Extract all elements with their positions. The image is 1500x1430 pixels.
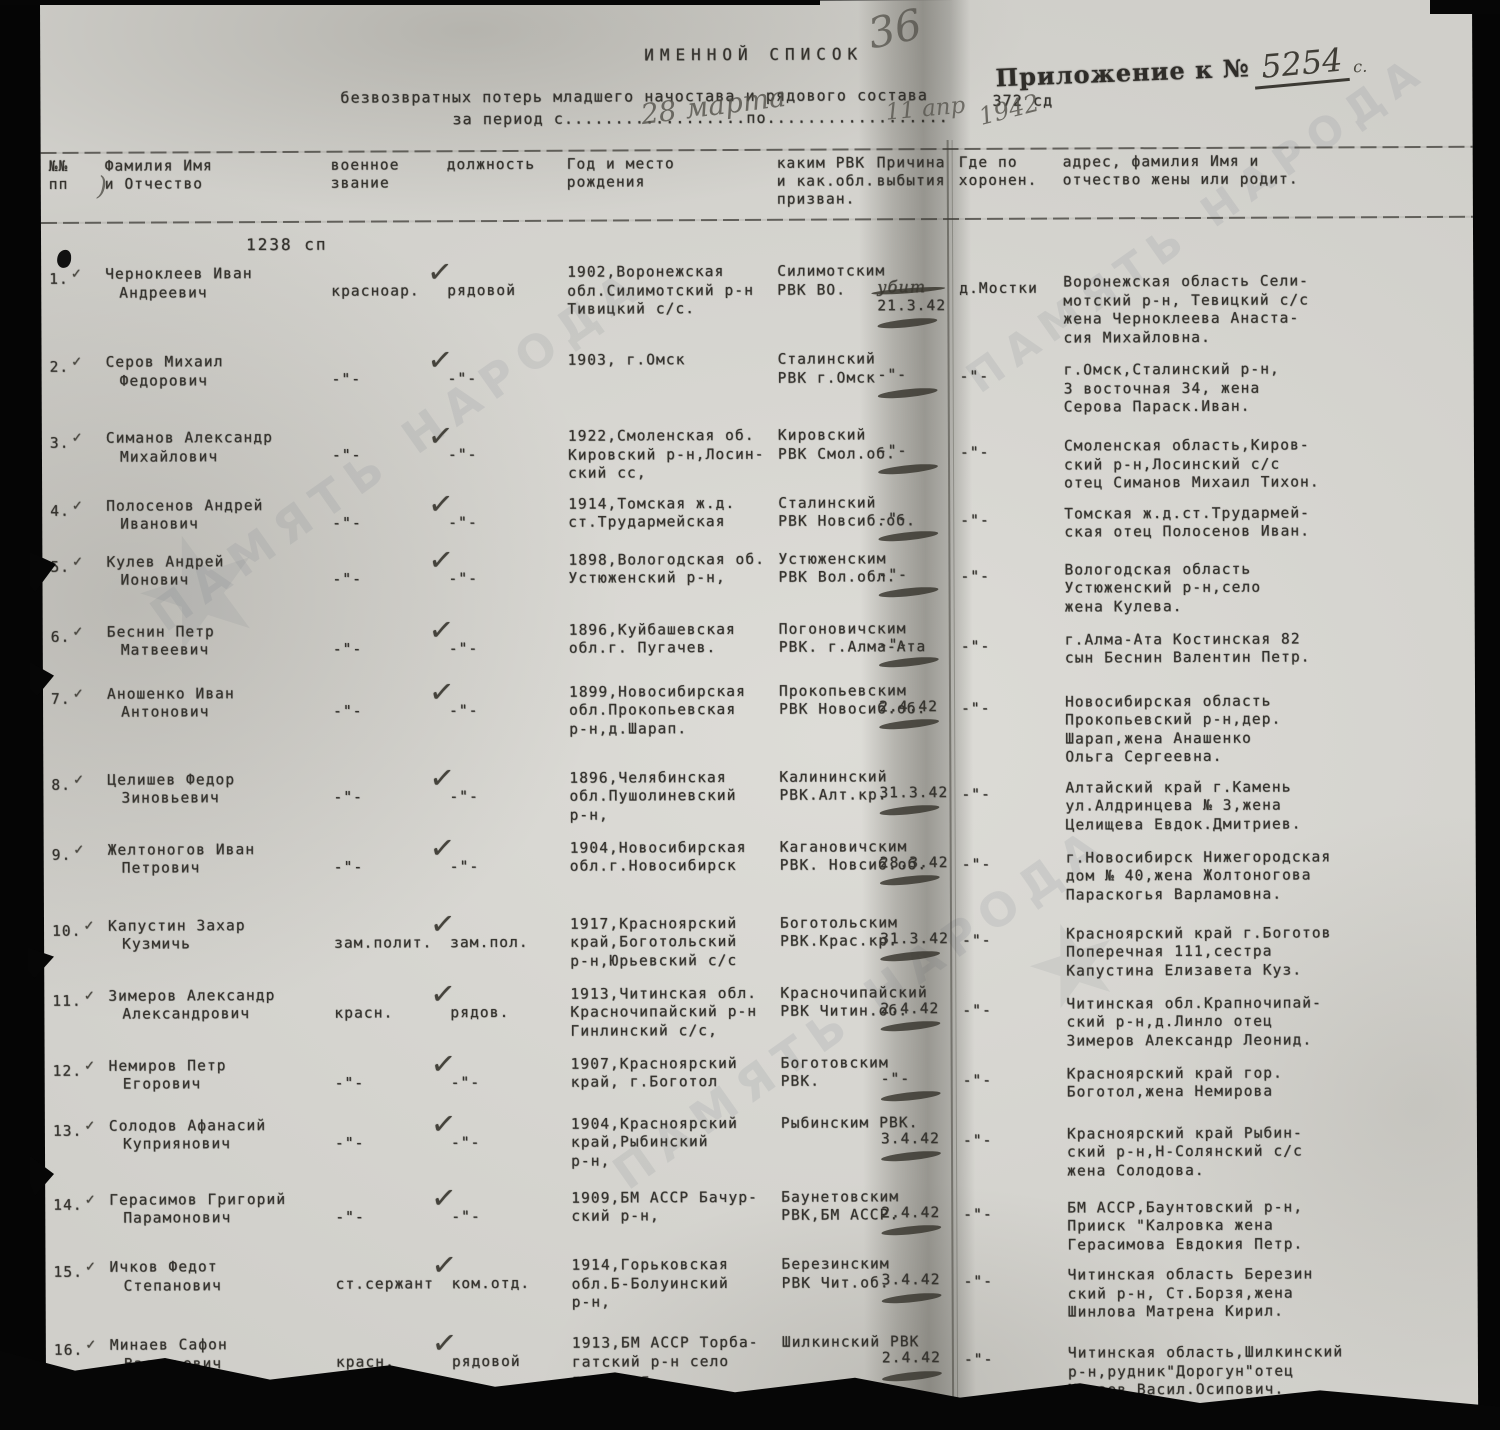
birth-line: ский р-н, xyxy=(571,1207,781,1226)
position-cell: ✓-"- xyxy=(448,551,568,622)
column-header-address: адрес, фамилия Имя иотчество жены или ро… xyxy=(1063,152,1469,208)
cause-cell: -"- xyxy=(878,350,960,426)
address-line: Шарап,жена Анашенко xyxy=(1065,728,1471,748)
birth-cell: 1913,Читинская обл.Красночипайский р-нГи… xyxy=(570,984,780,1055)
row-number: 7.✓ xyxy=(51,685,107,771)
address-cell: Красноярский край г.БоготовПоперечная 11… xyxy=(1066,911,1472,983)
position-cell: ✓зам.пол. xyxy=(450,915,570,986)
document-page: ПАМЯТЬ НАРОДА ПАМЯТЬ НАРОДА ПАМЯТЬ НАРОД… xyxy=(40,0,1478,1424)
position-text: зам.пол. xyxy=(450,934,529,950)
pencil-mark xyxy=(878,585,938,598)
checkmark-icon: ✓ xyxy=(426,263,454,284)
position-cell: ✓-"- xyxy=(451,1055,571,1116)
row-check-icon: ✓ xyxy=(85,1192,97,1207)
annex-stamp: Приложение к № 5254 с. xyxy=(995,42,1368,98)
name-cell: Капустин ЗахарКузмичь xyxy=(108,916,334,987)
cause-cell: -"- xyxy=(878,549,960,619)
row-number: 13.✓ xyxy=(53,1117,109,1191)
name-cell: Полосенов АндрейИванович xyxy=(106,496,332,553)
table-row: 13.✓ Солодов АфанасийКуприянович -"- ✓-"… xyxy=(53,1111,1473,1191)
table-row: 2.✓ Серов МихаилФедорович -"- ✓-"- 1903,… xyxy=(50,348,1470,430)
column-header-position: должность xyxy=(447,156,567,211)
cause-text: -"- xyxy=(878,509,960,528)
birth-cell: 1903, г.Омск xyxy=(568,351,778,428)
rvk-cell: КрасночипайскийРВК Читин.об. xyxy=(780,984,880,1054)
row-number-text: 13. xyxy=(53,1123,83,1139)
row-number-text: 6. xyxy=(51,629,71,645)
birth-line: обл.Прокопьевская xyxy=(569,701,779,720)
column-header-line: Год и место xyxy=(567,155,777,174)
address-line: жена Черноклеева Анаста- xyxy=(1063,309,1469,329)
rvk-cell: БаунетовскимРВК,БМ АССР. xyxy=(781,1188,881,1256)
burial-cell: -"- xyxy=(963,1053,1067,1113)
birth-line: р-н, xyxy=(571,1151,781,1170)
row-number: 14.✓ xyxy=(53,1191,109,1259)
birth-line: Кировский р-н,Лосин- xyxy=(568,445,778,464)
burial-cell: -"- xyxy=(961,619,1065,681)
row-check-icon: ✓ xyxy=(72,554,84,569)
row-number: 12.✓ xyxy=(53,1057,109,1117)
row-number-text: 15. xyxy=(54,1265,84,1281)
rvk-cell: СилимотскимРВК ВО. xyxy=(777,262,877,350)
pencil-mark xyxy=(877,386,937,399)
address-line: мотский р-н, Тевицкий с/с xyxy=(1063,290,1469,310)
birth-cell: 1898,Вологодская об.Устюженский р-н, xyxy=(568,550,778,621)
name-cell: Солодов АфанасийКуприянович xyxy=(109,1116,335,1191)
name-cell: Ичков ФедотСтепанович xyxy=(109,1258,335,1337)
cause-cell: 28.3.42 xyxy=(880,837,962,913)
burial-cell: -"- xyxy=(960,549,1064,619)
table-row: 12.✓ Немиров ПетрЕгорович -"- ✓-"- 1907,… xyxy=(53,1051,1473,1117)
checkmark-icon: ✓ xyxy=(431,1256,459,1277)
scan-edge-top xyxy=(0,0,820,5)
column-header-line: звание xyxy=(331,174,447,193)
name-line: Кузмичь xyxy=(122,935,334,954)
birth-line: 1899,Новосибирская xyxy=(569,682,779,701)
document-title: ИМЕННОЙ СПИСОК xyxy=(644,44,863,64)
row-number-text: 1. xyxy=(49,272,69,288)
name-line: Федорович xyxy=(120,371,332,390)
row-check-icon: ✓ xyxy=(73,842,85,857)
row-number-text: 9. xyxy=(52,847,72,863)
birth-cell: 1914,Горьковскаяобл.Б-Болуинскийр-н, xyxy=(571,1256,781,1335)
birth-line: обл.Силимотский р-н xyxy=(567,281,777,300)
table-rule-bottom xyxy=(41,216,1473,224)
birth-line: Гинлинский с/с, xyxy=(570,1021,780,1040)
name-line: Александрович xyxy=(122,1005,334,1024)
rvk-line: Сталинский xyxy=(778,494,878,513)
address-line: Читинская область,Шилкинский xyxy=(1068,1343,1474,1363)
rvk-line: РВК Смол.об. xyxy=(778,445,878,464)
table-row: 6.✓ Беснин ПетрМатвеевич -"- ✓-"- 1896,К… xyxy=(51,617,1471,685)
birth-line: р-н, xyxy=(572,1293,782,1312)
row-number: 8.✓ xyxy=(51,771,107,841)
rvk-cell: Рыбинским РВК. xyxy=(781,1114,881,1188)
name-line: Антонович xyxy=(121,703,333,722)
position-cell: ✓-"- xyxy=(450,839,570,916)
table-row: 5.✓ Кулев АндрейИонович -"- ✓-"- 1898,Во… xyxy=(50,547,1470,623)
cause-text: 31.3.42 xyxy=(880,929,962,948)
checkmark-icon: ✓ xyxy=(430,1114,458,1135)
birth-line: 1914,Томская ж.д. xyxy=(568,494,778,513)
birth-line: ский сс, xyxy=(568,464,778,483)
address-line: дом № 40,жена Жолтоногова xyxy=(1066,866,1472,886)
rvk-line: Кировский xyxy=(778,426,878,445)
address-line: г.Алма-Ата Костинская 82 xyxy=(1065,629,1471,649)
birth-line: Устюженский р-н, xyxy=(568,569,778,588)
birth-line: р-н,д.Шарап. xyxy=(569,719,779,738)
burial-cell: д.Мостки xyxy=(959,262,1063,350)
name-line: Степанович xyxy=(124,1276,336,1295)
cause-text: 3.4.42 xyxy=(882,1271,964,1290)
cause-cell: -"- xyxy=(879,619,961,681)
row-number-text: 2. xyxy=(50,360,70,376)
birth-line: 1904,Новосибирская xyxy=(570,838,780,857)
birth-line: обл.г. Пугачев. xyxy=(569,639,779,658)
column-header-line: адрес, фамилия Имя и xyxy=(1063,152,1469,172)
position-cell: ✓-"- xyxy=(449,621,569,684)
column-header-line: Причина xyxy=(877,154,959,172)
row-number-text: 7. xyxy=(51,691,71,707)
row-number: 1.✓ xyxy=(49,266,105,354)
address-line: жена Солодова. xyxy=(1067,1160,1473,1180)
checkmark-icon: ✓ xyxy=(430,1188,458,1209)
address-cell: Читинская область Березинский р-н, Ст.Бо… xyxy=(1067,1253,1473,1333)
row-number-text: 3. xyxy=(50,436,70,452)
address-line: Читинская обл.Крапночипай- xyxy=(1066,993,1472,1013)
burial-cell: -"- xyxy=(962,983,1066,1053)
position-cell: ✓-"- xyxy=(451,1115,571,1190)
table-row: 10.✓ Капустин ЗахарКузмичь зам.полит. ✓з… xyxy=(52,911,1472,987)
cause-cell: 3.4.42 xyxy=(881,1113,963,1187)
pencil-mark xyxy=(880,1019,940,1032)
column-header-line: военное xyxy=(331,156,447,175)
pencil-mark xyxy=(878,462,938,475)
name-cell: Серов МихаилФедорович xyxy=(106,353,332,430)
cause-cell: 2.4.42 xyxy=(880,983,962,1053)
birth-line: Тивицкий с/с. xyxy=(567,300,777,319)
position-cell: ✓-"- xyxy=(451,1189,571,1257)
address-cell: Красноярский край Рыбин-ский р-н,Н-Солян… xyxy=(1067,1111,1473,1187)
row-check-icon: ✓ xyxy=(72,624,84,639)
rvk-line: РВК Новосиб.об. xyxy=(779,700,879,719)
row-check-icon: ✓ xyxy=(84,1058,96,1073)
rvk-cell: ПогоновичскимРВК. г.Алма-Ата xyxy=(779,620,879,682)
rvk-line: РВК. xyxy=(781,1072,881,1091)
cause-text: 31.3.42 xyxy=(879,783,961,802)
rvk-cell: БерезинскимРВК Чит.об. xyxy=(781,1255,881,1333)
column-header-line: отчество жены или родит. xyxy=(1063,170,1469,190)
rvk-line: РВК Читин.об. xyxy=(780,1002,880,1021)
birth-line: 1896,Куйбашевская xyxy=(569,620,779,639)
address-line: БМ АССР,Баунтовский р-н, xyxy=(1067,1197,1473,1217)
table-body: 1.✓ Черноклеев ИванАндреевич красноар. ✓… xyxy=(49,260,1474,1423)
name-cell: Черноклеев ИванАндреевич xyxy=(105,265,331,354)
address-line: 3 восточная 34, жена xyxy=(1064,378,1470,398)
address-line: р-н,рудник"Дорогун"отец xyxy=(1068,1361,1474,1381)
rvk-line: РВК Новсиб.об. xyxy=(778,512,878,531)
column-header-cause: Причинавыбытия xyxy=(877,154,959,208)
address-line: Устюженский р-н,село xyxy=(1065,578,1471,598)
row-check-icon: ✓ xyxy=(85,1338,97,1353)
burial-cell: -"- xyxy=(960,426,1064,494)
name-line: Андреевич xyxy=(119,283,331,302)
row-check-icon: ✓ xyxy=(84,988,96,1003)
checkmark-icon: ✓ xyxy=(431,1334,459,1355)
pencil-mark xyxy=(880,949,940,962)
cause-cell: 2.4.42 xyxy=(879,681,961,767)
pencil-mark xyxy=(879,803,939,816)
handwritten-paren: ) xyxy=(97,172,107,202)
birth-line: край,Рыбинский xyxy=(571,1133,781,1152)
birth-line: 1907,Красноярский xyxy=(571,1054,781,1073)
name-cell: Кулев АндрейИонович xyxy=(106,552,332,623)
birth-line: 1896,Челябинская xyxy=(569,768,779,787)
name-cell: Герасимов ГригорийПарамонович xyxy=(109,1190,335,1258)
birth-line: ст.Трудармейская xyxy=(568,513,778,532)
address-line: Вологодская область xyxy=(1064,559,1470,579)
cause-cell: -"- xyxy=(878,493,960,549)
checkmark-icon: ✓ xyxy=(427,494,455,515)
birth-cell: 1907,Красноярскийкрай, г.Боготол xyxy=(571,1054,781,1115)
table-header-row: №№пп Фамилия Имяи Отчество военноезвание… xyxy=(49,152,1469,212)
rvk-cell: КагановичскимРВК. Новсиб.об. xyxy=(780,838,880,914)
row-check-icon: ✓ xyxy=(71,267,83,282)
address-line: Герасимова Евдокия Петр. xyxy=(1067,1234,1473,1254)
row-check-icon: ✓ xyxy=(83,918,95,933)
table-row: 15.✓ Ичков ФедотСтепанович ст.сержант ✓к… xyxy=(53,1253,1473,1337)
address-line: ский р-н, Ст.Борзя,жена xyxy=(1068,1283,1474,1303)
row-number-text: 10. xyxy=(52,923,82,939)
checkmark-icon: ✓ xyxy=(429,768,457,789)
name-line: Беснин Петр xyxy=(107,622,333,641)
checkmark-icon: ✓ xyxy=(429,984,457,1005)
address-line: ский р-н,Лосинский с/с xyxy=(1064,454,1470,474)
birth-line: р-н,Юрьевский с/с xyxy=(570,951,780,970)
annex-number-handwritten: 5254 xyxy=(1252,40,1351,90)
name-cell: Аношенко ИванАнтонович xyxy=(107,684,333,771)
cause-text: 2.4.42 xyxy=(879,697,961,716)
name-line: Целишев Федор xyxy=(107,770,333,789)
birth-line: обл.Б-Болуинский xyxy=(572,1274,782,1293)
position-cell: ✓-"- xyxy=(448,352,568,429)
name-line: Симанов Александр xyxy=(106,429,332,448)
address-line: жена Кулева. xyxy=(1065,596,1471,616)
name-line: Серов Михаил xyxy=(106,353,332,372)
cause-text: 3.4.42 xyxy=(881,1129,963,1148)
rvk-cell: СталинскийРВК г.Омск xyxy=(778,350,878,426)
row-number: 3.✓ xyxy=(50,430,106,498)
address-line: Ольга Сергеевна. xyxy=(1065,747,1471,767)
address-cell: БМ АССР,Баунтовский р-н,Прииск "Калровка… xyxy=(1067,1185,1473,1254)
name-line: Немиров Петр xyxy=(109,1056,335,1075)
birth-line: гатский р-н село xyxy=(572,1352,782,1371)
cause-text: 21.3.42 xyxy=(877,296,959,315)
pencil-mark xyxy=(878,529,938,542)
cause-cell: -"- xyxy=(878,426,960,494)
birth-cell: 1896,Челябинскаяобл.Пушолиневскийр-н, xyxy=(569,768,779,839)
address-line: Томская ж.д.ст.Трудармей- xyxy=(1064,503,1470,523)
rvk-cell: СталинскийРВК Новсиб.об. xyxy=(778,494,878,550)
rvk-line: Кагановичским xyxy=(780,838,880,857)
checkmark-icon: ✓ xyxy=(429,838,457,859)
burial-cell: -"- xyxy=(963,1187,1067,1255)
address-line: Читинская область Березин xyxy=(1068,1265,1474,1285)
name-line: Солодов Афанасий xyxy=(109,1116,335,1135)
rvk-line: РВК.Алт.кр. xyxy=(779,786,879,805)
column-header-line: Фамилия Имя xyxy=(105,157,331,176)
annex-label: Приложение к № xyxy=(995,53,1250,92)
address-line: Воронежская область Сели- xyxy=(1063,272,1469,292)
address-line: Капустина Елизавета Куз. xyxy=(1066,960,1472,980)
column-header-line: должность xyxy=(447,156,567,175)
address-cell: Смоленская область,Киров-ский р-н,Лосинс… xyxy=(1064,424,1470,493)
row-number-text: 16. xyxy=(54,1343,84,1359)
position-text: ком.отд. xyxy=(452,1276,531,1292)
row-number: 10.✓ xyxy=(52,917,108,987)
birth-line: 1914,Горьковская xyxy=(571,1256,781,1275)
birth-cell: 1914,Томская ж.д.ст.Трудармейская xyxy=(568,494,778,551)
rvk-cell: УстюженскимРВК Вол.обл. xyxy=(778,550,878,620)
birth-cell: 1922,Смоленская об.Кировский р-н,Лосин-с… xyxy=(568,427,778,495)
pencil-mark xyxy=(881,1223,941,1236)
name-line: Зимеров Александр xyxy=(108,986,334,1005)
address-line: сия Михайловна. xyxy=(1063,327,1469,347)
table-row: 11.✓ Зимеров АлександрАлександрович крас… xyxy=(52,981,1472,1057)
row-number: 15.✓ xyxy=(53,1259,109,1337)
address-line: Новосибирская область xyxy=(1065,691,1471,711)
pencil-mark xyxy=(881,1089,941,1102)
row-number: 4.✓ xyxy=(50,497,106,553)
address-line: ская отец Полосенов Иван. xyxy=(1064,522,1470,542)
rvk-line: Шилкинский РВК xyxy=(782,1333,882,1352)
name-line: Ичков Федот xyxy=(109,1258,335,1277)
birth-line: 1922,Смоленская об. xyxy=(568,427,778,446)
name-line: Михайлович xyxy=(120,447,332,466)
rvk-line: Прокопьевским xyxy=(779,682,879,701)
burial-cell: -"- xyxy=(960,493,1064,549)
birth-cell: 1896,Куйбашевскаяобл.г. Пугачев. xyxy=(569,620,779,683)
birth-line: 1898,Вологодская об. xyxy=(568,550,778,569)
row-check-icon: ✓ xyxy=(73,686,85,701)
annex-suffix: с. xyxy=(1353,57,1368,77)
address-line: Красноярский край Рыбин- xyxy=(1067,1123,1473,1143)
row-number: 2.✓ xyxy=(50,354,106,430)
cause-text: -"- xyxy=(878,565,960,584)
checkmark-icon: ✓ xyxy=(428,620,456,641)
name-cell: Зимеров АлександрАлександрович xyxy=(108,986,334,1057)
column-header-line: и Отчество xyxy=(105,175,331,194)
table-row: 8.✓ Целишев ФедорЗиновьевич -"- ✓-"- 189… xyxy=(51,765,1471,841)
address-cell: г.Новосибирск Нижегородскаядом № 40,жена… xyxy=(1066,835,1472,913)
address-line: ский р-н,Н-Солянский с/с xyxy=(1067,1142,1473,1162)
rvk-line: РВК г.Омск xyxy=(778,369,878,388)
pencil-mark xyxy=(879,655,939,668)
scanned-document: ПАМЯТЬ НАРОДА ПАМЯТЬ НАРОДА ПАМЯТЬ НАРОД… xyxy=(0,0,1500,1430)
position-text: рядов. xyxy=(450,1004,509,1020)
row-check-icon: ✓ xyxy=(85,1260,97,1275)
cause-cell: -"- xyxy=(881,1053,963,1113)
rvk-line: Баунетовским xyxy=(781,1188,881,1207)
rvk-line: РВК. Новсиб.об. xyxy=(780,856,880,875)
row-check-icon: ✓ xyxy=(71,355,83,370)
rvk-line: Сталинский xyxy=(778,350,878,369)
cause-text: 2.4.42 xyxy=(880,999,962,1018)
table-row: 4.✓ Полосенов АндрейИванович -"- ✓-"- 19… xyxy=(50,491,1470,553)
column-header-line: рождения xyxy=(567,173,777,192)
burial-cell: -"- xyxy=(960,350,1064,426)
name-line: Аношенко Иван xyxy=(107,684,333,703)
document-subtitle: безвозвратных потерь младшего начостава … xyxy=(340,86,928,107)
name-cell: Симанов АлександрМихайлович xyxy=(106,429,332,497)
row-check-icon: ✓ xyxy=(72,431,84,446)
name-line: Герасимов Григорий xyxy=(109,1190,335,1209)
position-text: рядовой xyxy=(447,283,516,299)
cause-cell: 2.4.42 xyxy=(881,1187,963,1255)
rvk-line: РВК Чит.об. xyxy=(782,1274,882,1293)
address-line: сын Беснин Валентин Петр. xyxy=(1065,648,1471,668)
row-check-icon: ✓ xyxy=(84,1118,96,1133)
birth-line: 1903, г.Омск xyxy=(568,351,778,370)
name-line: Черноклеев Иван xyxy=(105,265,331,284)
address-line: Прииск "Калровка жена xyxy=(1067,1216,1473,1236)
checkmark-icon: ✓ xyxy=(429,914,457,935)
address-line: Поперечная 111,сестра xyxy=(1066,942,1472,962)
row-check-icon: ✓ xyxy=(72,498,84,513)
birth-line: обл.Пушолиневский xyxy=(569,787,779,806)
birth-cell: 1904,Новосибирскаяобл.г.Новосибирск xyxy=(570,838,780,915)
burial-cell: -"- xyxy=(961,767,1065,837)
burial-cell: -"- xyxy=(962,837,1066,913)
address-line: Прокопьевский р-н,дер. xyxy=(1065,710,1471,730)
rvk-line: Погоновичским xyxy=(779,620,879,639)
address-cell: г.Алма-Ата Костинская 82сын Беснин Вален… xyxy=(1065,617,1471,681)
address-cell: Томская ж.д.ст.Трудармей-ская отец Полос… xyxy=(1064,491,1470,549)
birth-line: край,Боготольский xyxy=(570,933,780,952)
cause-text: -"- xyxy=(878,442,960,461)
address-line: Целищева Евдок.Дмитриев. xyxy=(1066,814,1472,834)
birth-line: 1902,Воронежская xyxy=(567,263,777,282)
column-header-line: выбытия xyxy=(877,172,959,190)
rvk-line: РВК.Крас.кр. xyxy=(780,932,880,951)
rvk-line: Калининский xyxy=(779,768,879,787)
cause-text: 28.3.42 xyxy=(880,853,962,872)
position-cell: ✓-"- xyxy=(448,495,568,552)
name-line: Зиновьевич xyxy=(121,789,333,808)
cause-crossed-word: убит xyxy=(877,278,927,297)
name-line: Петрович xyxy=(122,859,334,878)
birth-line: обл.г.Новосибирск xyxy=(570,857,780,876)
birth-line: 1913,Читинская обл. xyxy=(570,984,780,1003)
rvk-line: Красночипайский xyxy=(780,984,880,1003)
name-line: Кулев Андрей xyxy=(106,552,332,571)
name-cell: Целишев ФедорЗиновьевич xyxy=(107,770,333,841)
position-cell: ✓рядовой xyxy=(447,264,567,353)
table-row: 3.✓ Симанов АлександрМихайлович -"- ✓-"-… xyxy=(50,424,1470,498)
birth-line: Красночипайский р-н xyxy=(570,1003,780,1022)
pencil-mark xyxy=(882,1369,942,1382)
rvk-cell: ПрокопьевскимРВК Новосиб.об. xyxy=(779,682,879,768)
burial-cell: -"- xyxy=(962,913,1066,983)
cause-text: 2.4.42 xyxy=(881,1203,963,1222)
rvk-line: Боготольским xyxy=(780,914,880,933)
rvk-line: РВК. г.Алма-Ата xyxy=(779,638,879,657)
rvk-line: Устюженским xyxy=(778,550,878,569)
cause-text: 2.4.42 xyxy=(882,1349,964,1368)
row-number: 9.✓ xyxy=(52,841,108,917)
column-header-name: Фамилия Имяи Отчество xyxy=(105,157,331,212)
row-number-text: 14. xyxy=(53,1197,83,1213)
